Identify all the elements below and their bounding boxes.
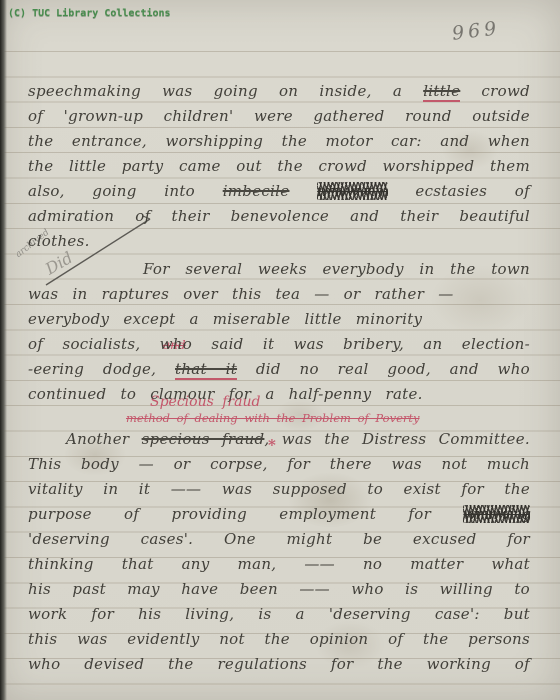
manuscript-page: (C) TUC Library Collections 969 archived… — [0, 0, 560, 700]
manuscript-scribble-text: wmnwing — [463, 505, 530, 523]
manuscript-line-17: purpose of providing employment for wmnw… — [28, 503, 530, 526]
manuscript-text: ecstasies of — [388, 182, 530, 200]
manuscript-line-13: continued to clamour for a half-penny ra… — [28, 383, 530, 406]
manuscript-line-2: of 'grown-up children' were gathered rou… — [28, 105, 530, 128]
manuscript-text: everybody except a miserable little mino… — [28, 310, 422, 328]
manuscript-line-16: vitality in it —— was supposed to exist … — [28, 478, 530, 501]
manuscript-line-8: For several weeks everybody in the town — [28, 258, 530, 281]
manuscript-text: of 'grown-up children' were gathered rou… — [28, 107, 530, 125]
manuscript-line-20: his past may have been —— who is willing… — [28, 578, 530, 601]
manuscript-text: 'deserving cases'. One might be excused … — [28, 530, 530, 548]
manuscript-text: his past may have been —— who is willing… — [28, 580, 530, 598]
manuscript-line-21: work for his living, is a 'deserving cas… — [28, 603, 530, 626]
manuscript-line-4: the little party came out the crowd wors… — [28, 155, 530, 178]
manuscript-struckred-text: that it — [175, 360, 237, 380]
manuscript-struck-text: specious fraud — [142, 430, 265, 448]
manuscript-text: vitality in it —— was supposed to exist … — [28, 480, 530, 498]
manuscript-line-18: 'deserving cases'. One might be excused … — [28, 528, 530, 551]
manuscript-text: -eering dodge, — [28, 360, 175, 378]
manuscript-lines: speechmaking was going on inside, a litt… — [0, 0, 560, 700]
manuscript-line-23: who devised the regulations for the work… — [28, 653, 530, 676]
manuscript-text: admiration of their benevolence and thei… — [28, 207, 530, 225]
manuscript-line-14: Another specious fraud, was the Distress… — [28, 428, 530, 451]
manuscript-text: of socialists, who said it was bribery, … — [28, 335, 530, 353]
manuscript-text: work for his living, is a 'deserving cas… — [28, 605, 530, 623]
manuscript-line-1: speechmaking was going on inside, a litt… — [28, 80, 530, 103]
manuscript-text: crowd — [460, 82, 530, 100]
manuscript-scribble-text: mnvwvnm — [317, 182, 388, 200]
manuscript-text: clothes. — [28, 232, 90, 250]
manuscript-text: For several weeks everybody in the town — [143, 260, 530, 278]
manuscript-line-10: everybody except a miserable little mino… — [28, 308, 530, 331]
manuscript-line-11: of socialists, who said it was bribery, … — [28, 333, 530, 356]
manuscript-text: , was the Distress Committee. — [264, 430, 530, 448]
manuscript-line-12: -eering dodge, that it did no real good,… — [28, 358, 530, 381]
manuscript-text: continued to clamour for a half-penny ra… — [28, 385, 423, 403]
manuscript-text: was in raptures over this tea — or rathe… — [28, 285, 454, 303]
manuscript-text: did no real good, and who — [237, 360, 530, 378]
manuscript-text: thinking that any man, —— no matter what — [28, 555, 530, 573]
manuscript-line-6: admiration of their benevolence and thei… — [28, 205, 530, 228]
manuscript-text: Another — [66, 430, 142, 448]
manuscript-text — [289, 182, 317, 200]
manuscript-line-7: clothes. — [28, 230, 530, 253]
manuscript-text: This body — or corpse, for there was not… — [28, 455, 530, 473]
manuscript-line-19: thinking that any man, —— no matter what — [28, 553, 530, 576]
manuscript-struck-text: imbecile — [223, 182, 290, 200]
manuscript-line-5: also, going into imbecile mnvwvnm ecstas… — [28, 180, 530, 203]
manuscript-text: this was evidently not the opinion of th… — [28, 630, 530, 648]
manuscript-line-22: this was evidently not the opinion of th… — [28, 628, 530, 651]
manuscript-text: who devised the regulations for the work… — [28, 655, 530, 673]
manuscript-line-15: This body — or corpse, for there was not… — [28, 453, 530, 476]
manuscript-text: also, going into — [28, 182, 223, 200]
manuscript-text: purpose of providing employment for — [28, 505, 463, 523]
manuscript-struckred-text: little — [423, 82, 460, 102]
manuscript-text: the entrance, worshipping the motor car:… — [28, 132, 530, 150]
manuscript-line-3: the entrance, worshipping the motor car:… — [28, 130, 530, 153]
manuscript-text: the little party came out the crowd wors… — [28, 157, 530, 175]
manuscript-text: speechmaking was going on inside, a — [28, 82, 423, 100]
manuscript-line-9: was in raptures over this tea — or rathe… — [28, 283, 530, 306]
